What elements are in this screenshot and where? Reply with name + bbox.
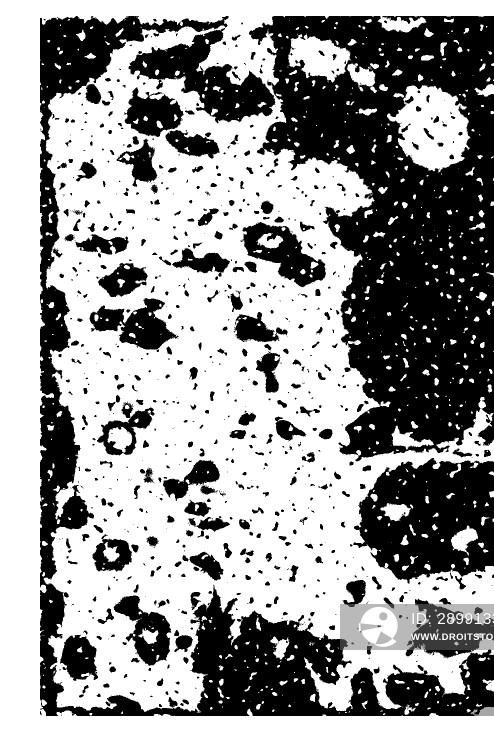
stock-logo-icon (356, 604, 402, 650)
watermark: ID: 2899133874 WWW.DROITSTOCK.COM (340, 604, 494, 650)
website-url-label: WWW.DROITSTOCK.COM (411, 631, 494, 644)
watermark-text-block: ID: 2899133874 WWW.DROITSTOCK.COM (411, 611, 494, 644)
stock-photo-preview: ID: 2899133874 WWW.DROITSTOCK.COM (40, 16, 494, 716)
image-id-label: ID: 2899133874 (411, 611, 494, 629)
